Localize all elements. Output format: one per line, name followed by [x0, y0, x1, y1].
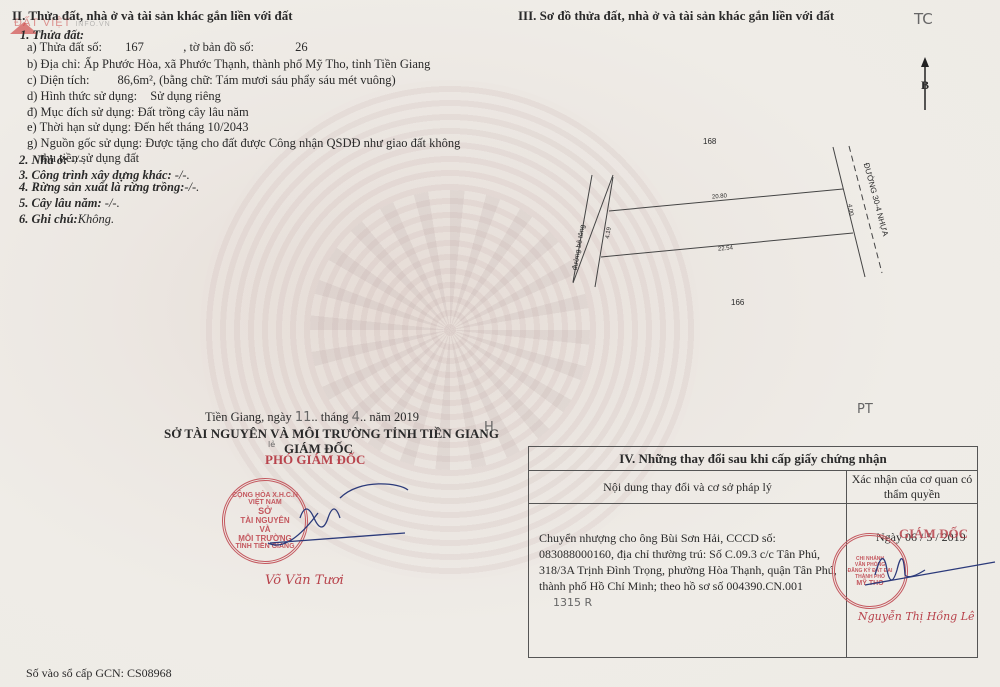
gcn-number: CS08968 — [127, 666, 172, 680]
perennial-trees-line: 5. Cây lâu năm: -/-. — [19, 196, 120, 211]
area-line: c) Diện tích:86,6m², (bằng chữ: Tám mươi… — [27, 73, 396, 88]
section4-title: IV. Những thay đổi sau khi cấp giấy chứn… — [529, 447, 978, 471]
gcn-entry: Số vào sổ cấp GCN: CS08968 — [26, 666, 172, 681]
handwritten-ref: 1315 R — [553, 596, 592, 609]
planted-forest-line: 4. Rừng sản xuất là rừng trồng:-/-. — [19, 180, 199, 195]
section3-title: III. Sơ đồ thửa đất, nhà ở và tài sản kh… — [518, 8, 834, 24]
col-change-content: Nội dung thay đổi và cơ sở pháp lý — [529, 471, 847, 504]
change-entry: Chuyển nhượng cho ông Bùi Sơn Hải, CCCD … — [529, 504, 847, 658]
north-label: B — [921, 78, 929, 93]
col-authority-confirm: Xác nhận của cơ quan có thẩm quyền — [847, 471, 978, 504]
usage-form-line: d) Hình thức sử dụng: Sử dụng riêng — [27, 89, 221, 104]
house-line: 2. Nhà ở: -/-. — [19, 153, 86, 168]
usage-origin-line: g) Nguồn gốc sử dụng: Được tặng cho đất … — [27, 136, 460, 151]
signing-date: Tiền Giang, ngày 11.. tháng 4.. năm 2019 — [205, 410, 419, 425]
signature-stroke — [240, 478, 410, 568]
stamp-role: PHÓ GIÁM ĐỐC — [265, 452, 365, 468]
handwritten-small-mark: lẻ — [268, 440, 275, 449]
parcel-number-line: a) Thửa đất số: 167 , tờ bản đồ số: 26 — [27, 40, 308, 55]
pt-mark: PT — [857, 402, 873, 417]
section2-title: II. Thửa đất, nhà ở và tài sản khác gắn … — [12, 8, 293, 24]
notes-line: 6. Ghi chú:Không. — [19, 212, 114, 227]
confirm-signature-stroke — [860, 540, 1000, 590]
handwritten-mark: H — [484, 420, 494, 435]
address-line: b) Địa chỉ: Ấp Phước Hòa, xã Phước Thạnh… — [27, 57, 430, 72]
usage-term-line: e) Thời hạn sử dụng: Đến hết tháng 10/20… — [27, 120, 248, 135]
issuing-agency: SỞ TÀI NGUYÊN VÀ MÔI TRƯỜNG TỈNH TIỀN GI… — [164, 426, 499, 442]
map-sheet-number: 26 — [295, 40, 308, 54]
neighbor-parcel-top: 168 — [703, 137, 716, 146]
parcel-number: 167 — [125, 40, 180, 55]
corner-mark: TC — [914, 10, 933, 28]
usage-purpose-line: đ) Mục đích sử dụng: Đất trồng cây lâu n… — [27, 105, 249, 120]
signer-name: Võ Văn Tươi — [265, 573, 344, 588]
signing-month: 4 — [352, 410, 360, 425]
confirm-signer-name: Nguyễn Thị Hồng Lê — [858, 610, 975, 623]
neighbor-parcel-bottom: 166 — [731, 298, 744, 307]
signing-day: 11 — [295, 410, 312, 425]
